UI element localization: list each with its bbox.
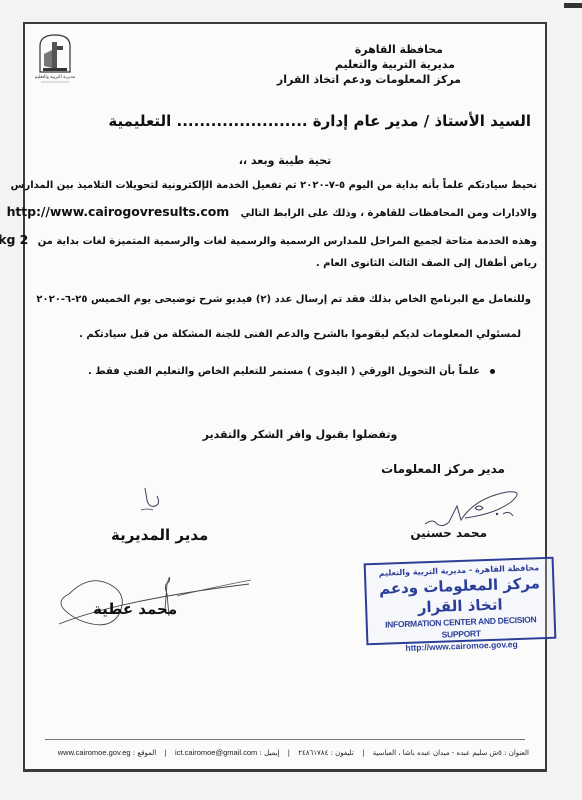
right-signatory-name: محمد حسنين — [410, 526, 487, 540]
phone-label: تليفون : — [331, 749, 354, 757]
letterhead-directorate: مديرية التربية والتعليم — [211, 57, 461, 72]
website-link[interactable]: www.cairomoe.gov.eg — [58, 748, 131, 757]
bullet-text: علماً بأن التحويل الورقي ( اليدوى ) مستم… — [88, 366, 480, 377]
phone-value: ٢٤٨٦١٧٨٤ — [298, 749, 328, 757]
svg-text:مديرية التربية والتعليم: مديرية التربية والتعليم — [35, 75, 75, 80]
greeting: تحية طيبة وبعد ،، — [25, 154, 545, 167]
closing-line: وتفضلوا بقبول وافر الشكر والتقدير — [25, 428, 545, 441]
body-paragraph-2-line-1: وللتعامل مع البرنامج الخاص بذلك فقد تم إ… — [31, 294, 531, 305]
body-paragraph-1-line-3: وهذه الخدمة متاحة لجميع المراحل للمدارس … — [37, 232, 537, 247]
body-text: والادارات ومن المحافظات للقاهرة ، وذلك ع… — [241, 208, 537, 219]
left-initial-scribble — [137, 486, 163, 520]
corner-mark — [564, 3, 582, 8]
letterhead-governorate: محافظة القاهرة — [211, 42, 461, 57]
initial-icon — [137, 486, 163, 520]
body-text: وهذه الخدمة متاحة لجميع المراحل للمدارس … — [38, 236, 537, 247]
separator: | — [164, 749, 166, 757]
left-signature-scribble — [39, 554, 259, 634]
signature-icon — [39, 554, 259, 634]
salutation-line: السيد الأستاذ / مدير عام إدارة .........… — [51, 112, 531, 130]
stamp-line-2: مركز المعلومات ودعم اتخاذ القرار — [366, 573, 553, 619]
right-signatory-title: مدير مركز المعلومات — [381, 462, 505, 476]
footer-contact: العنوان : ٥ش سليم عبده - ميدان عبده باشا… — [41, 748, 529, 757]
letterhead: محافظة القاهرة مديرية التربية والتعليم م… — [211, 42, 461, 87]
body-paragraph-1-line-4: رياض أطفال إلى الصف الثالث الثانوى العام… — [37, 258, 537, 269]
separator: | — [362, 749, 364, 757]
grade-kg2: kg 2 — [0, 232, 28, 247]
official-stamp: محافظة القاهرة - مديرية التربية والتعليم… — [364, 557, 557, 646]
left-signatory-title: مدير المديرية — [111, 526, 208, 544]
left-signatory-name: محمد عطية — [93, 600, 177, 618]
body-paragraph-2-line-2: لمسئولي المعلومات لديكم ليقوموا بالشرح و… — [21, 329, 521, 340]
email-link[interactable]: ict.cairomoe@gmail.com — [175, 748, 257, 757]
body-paragraph-1-line-2: والادارات ومن المحافظات للقاهرة ، وذلك ع… — [37, 204, 537, 219]
directorate-logo: مديرية التربية والتعليم — [35, 32, 75, 86]
bullet-note: علماً بأن التحويل الورقي ( اليدوى ) مستم… — [35, 366, 495, 377]
address-label: العنوان : — [504, 749, 529, 757]
letter-frame: مديرية التربية والتعليم محافظة القاهرة م… — [23, 22, 547, 772]
body-paragraph-1-line-1: نحيط سيادتكم علماً بأنه بداية من اليوم ٥… — [37, 180, 537, 191]
address-value: ٥ش سليم عبده - ميدان عبده باشا ، العباسي… — [373, 749, 502, 757]
logo-emblem-icon: مديرية التربية والتعليم — [35, 32, 75, 86]
results-link[interactable]: http://www.cairogovresults.com — [7, 204, 230, 219]
footer-divider — [45, 739, 525, 740]
letterhead-center: مركز المعلومات ودعم اتخاذ القرار — [211, 72, 461, 87]
website-label: الموقع : — [133, 749, 156, 757]
separator: | — [288, 749, 290, 757]
bullet-icon — [490, 369, 495, 374]
email-label: إيميل : — [259, 749, 279, 757]
